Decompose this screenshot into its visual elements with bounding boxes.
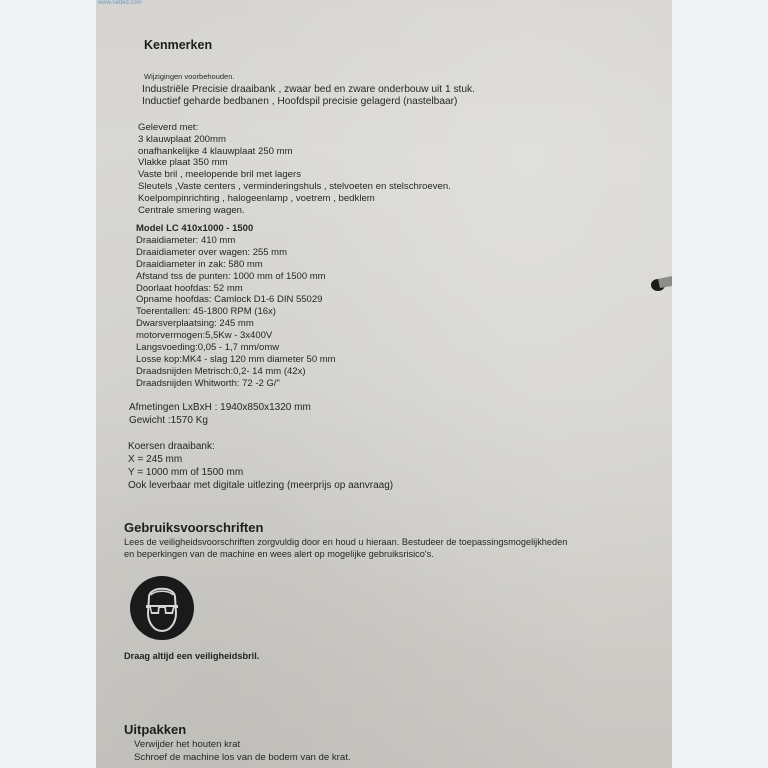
spec-item: Toerentallen: 45-1800 RPM (16x) xyxy=(136,306,336,318)
usage-line: en beperkingen van de machine en wees al… xyxy=(124,548,567,560)
list-item: Sleutels ,Vaste centers , verminderingsh… xyxy=(138,181,451,193)
list-item: Geleverd met: xyxy=(138,122,451,134)
changes-note: Wijzigingen voorbehouden. xyxy=(144,72,234,81)
spec-item: motorvermogen:5,5Kw - 3x400V xyxy=(136,330,336,342)
courses-line: X = 245 mm xyxy=(128,453,393,466)
intro-line: Inductief geharde bedbanen , Hoofdspil p… xyxy=(142,96,475,108)
usage-line: Lees de veiligheidsvoorschriften zorgvul… xyxy=(124,536,567,548)
courses: Koersen draaibank: X = 245 mm Y = 1000 m… xyxy=(128,440,393,492)
spec-item: Afstand tss de punten: 1000 mm of 1500 m… xyxy=(136,271,336,283)
step-item: Schroef de machine los van de bodem van … xyxy=(134,752,351,765)
spec-item: Dwarsverplaatsing: 245 mm xyxy=(136,318,336,330)
safety-goggles-icon xyxy=(129,575,195,641)
spec-item: Langsvoeding:0,05 - 1,7 mm/omw xyxy=(136,342,336,354)
spec-item: Draaidiameter in zak: 580 mm xyxy=(136,259,336,271)
spec-item: Draadsnijden Whitworth: 72 -2 G/" xyxy=(136,378,336,390)
courses-line: Ook leverbaar met digitale uitlezing (me… xyxy=(128,479,393,492)
list-item: Centrale smering wagen. xyxy=(138,205,451,217)
spec-item: Draadsnijden Metrisch:0,2- 14 mm (42x) xyxy=(136,366,336,378)
spec-item: Losse kop:MK4 - slag 120 mm diameter 50 … xyxy=(136,354,336,366)
document-photo: www.netbid.com Kenmerken Wijzigingen voo… xyxy=(96,0,672,768)
model-title: Model LC 410x1000 - 1500 xyxy=(136,223,336,235)
spec-item: Opname hoofdas: Camlock D1-6 DIN 55029 xyxy=(136,294,336,306)
unpacking-steps: Verwijder het houten krat Schroef de mac… xyxy=(134,739,351,764)
dimensions: Afmetingen LxBxH : 1940x850x1320 mm Gewi… xyxy=(129,401,311,427)
courses-line: Koersen draaibank: xyxy=(128,440,393,453)
step-item: Verwijder het houten krat xyxy=(134,739,351,752)
watermark: www.netbid.com xyxy=(98,0,142,6)
model-specs: Model LC 410x1000 - 1500 Draaidiameter: … xyxy=(136,223,336,390)
binder-hole-icon xyxy=(650,274,672,296)
section-title-uitpakken: Uitpakken xyxy=(124,722,186,737)
usage-instructions: Lees de veiligheidsvoorschriften zorgvul… xyxy=(124,536,567,561)
intro-line: Industriële Precisie draaibank , zwaar b… xyxy=(142,84,475,96)
section-title-kenmerken: Kenmerken xyxy=(144,38,212,52)
courses-line: Y = 1000 mm of 1500 mm xyxy=(128,466,393,479)
spec-item: Doorlaat hoofdas: 52 mm xyxy=(136,283,336,295)
spec-item: Draaidiameter over wagen: 255 mm xyxy=(136,247,336,259)
delivered-list: Geleverd met: 3 klauwplaat 200mm onafhan… xyxy=(138,122,451,216)
list-item: 3 klauwplaat 200mm xyxy=(138,134,451,146)
spec-item: Draaidiameter: 410 mm xyxy=(136,235,336,247)
list-item: Koelpompinrichting , halogeenlamp , voet… xyxy=(138,193,451,205)
list-item: Vlakke plaat 350 mm xyxy=(138,157,451,169)
weight-line: Gewicht :1570 Kg xyxy=(129,414,311,427)
list-item: onafhankelijke 4 klauwplaat 250 mm xyxy=(138,146,451,158)
safety-caption: Draag altijd een veiligheidsbril. xyxy=(124,651,259,661)
dimensions-line: Afmetingen LxBxH : 1940x850x1320 mm xyxy=(129,401,311,414)
intro-text: Industriële Precisie draaibank , zwaar b… xyxy=(142,84,475,108)
list-item: Vaste bril , meelopende bril met lagers xyxy=(138,169,451,181)
section-title-gebruiksvoorschriften: Gebruiksvoorschriften xyxy=(124,520,263,535)
